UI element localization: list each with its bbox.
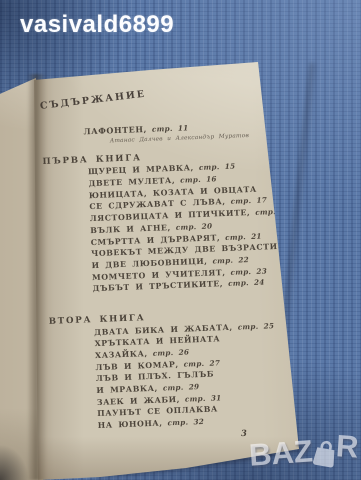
toc-line-text: ЛАФОНТЕН, <box>83 124 147 136</box>
toc-page-ref: стр. 29 <box>163 382 200 392</box>
toc-page-ref: стр. 15 <box>199 162 236 172</box>
marketplace-watermark: BAZ R <box>248 430 359 474</box>
toc-page-ref: стр. 32 <box>167 417 204 427</box>
toc-page-ref: стр. 20 <box>176 221 213 231</box>
marketplace-watermark-suffix: R <box>335 428 360 465</box>
toc-line-text: НА ЮНОНА, <box>98 419 163 430</box>
toc-page-ref: стр. 11 <box>152 123 189 133</box>
table-of-contents: СЪДЪРЖАНИЕ ЛАФОНТЕН,стр. 11 Атанас Далче… <box>40 85 291 434</box>
marketplace-watermark-prefix: BAZ <box>248 433 314 473</box>
product-photo: СЪДЪРЖАНИЕ ЛАФОНТЕН,стр. 11 Атанас Далче… <box>0 0 361 480</box>
book-contents-page: СЪДЪРЖАНИЕ ЛАФОНТЕН,стр. 11 Атанас Далче… <box>0 0 361 480</box>
toc-heading: СЪДЪРЖАНИЕ <box>39 89 146 112</box>
toc-page-ref: стр. 26 <box>153 347 190 357</box>
toc-line-text: ХАЗАЙКА, <box>95 349 148 360</box>
book-gutter-shadow <box>27 74 47 480</box>
toc-page-ref: стр. 25 <box>238 321 275 331</box>
seller-watermark: vasivald6899 <box>20 11 174 39</box>
toc-heading-row: СЪДЪРЖАНИЕ <box>40 85 278 106</box>
toc-page-ref: стр. 27 <box>183 358 220 368</box>
toc-page-ref: стр. 24 <box>228 278 265 288</box>
toc-line-text: И МРАВКА, <box>96 384 158 395</box>
corner-shadow <box>0 438 34 480</box>
toc-page-ref: стр. 31 <box>185 393 222 403</box>
toc-page-ref: стр. 17 <box>230 196 267 206</box>
toc-page-ref: стр. 16 <box>180 174 217 184</box>
toc-line-text: ВЪЛК И АГНЕ, <box>90 223 171 235</box>
toc-page-ref: стр. 18 <box>255 207 292 217</box>
page-number: 3 <box>241 429 247 439</box>
toc-page-ref: стр. 21 <box>225 231 262 241</box>
toc-page-ref: стр. 23 <box>230 266 267 276</box>
toc-page-ref: стр. 22 <box>212 255 249 265</box>
